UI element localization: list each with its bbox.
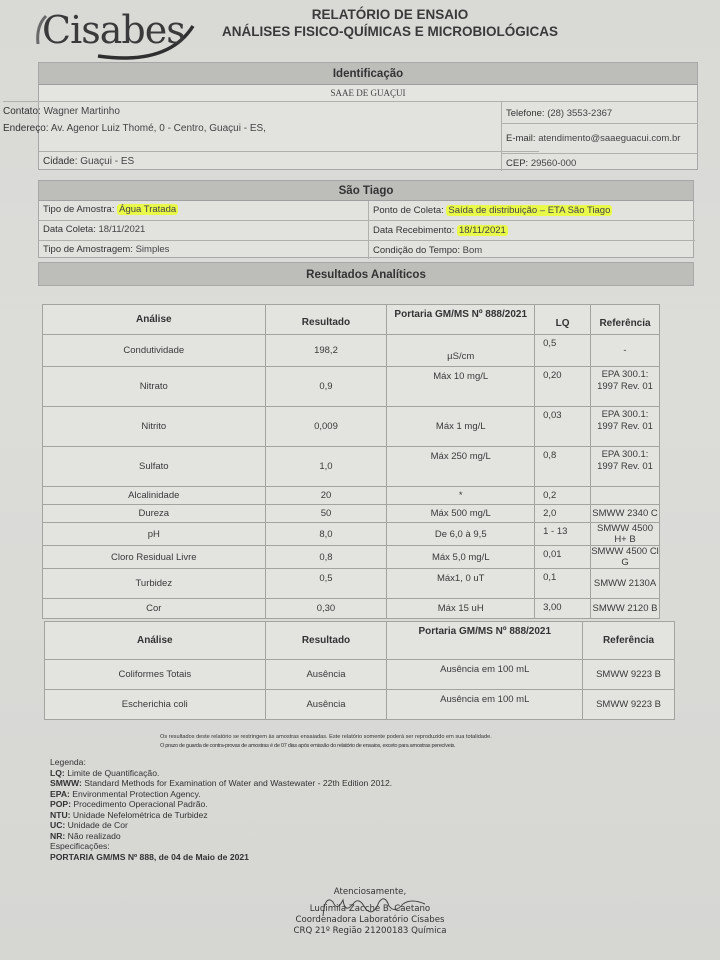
cell-resultado: 198,2: [265, 335, 387, 367]
table-row: Condutividade198,2µS/cm0,5-: [43, 335, 660, 367]
spec-title: Especificações:: [50, 841, 392, 852]
cell-referencia: SMWW 9223 B: [583, 660, 675, 690]
sample-section: São Tiago Tipo de Amostra: Água Tratada …: [38, 180, 694, 258]
legend-item: EPA: Environmental Protection Agency.: [50, 789, 392, 800]
cell-portaria: Ausência em 100 mL: [387, 660, 583, 690]
table-row: Coliformes Totais Ausência Ausência em 1…: [45, 660, 675, 690]
cell-portaria: Máx 15 uH: [387, 599, 535, 619]
document-title: RELATÓRIO DE ENSAIO ANÁLISES FISICO-QUÍM…: [200, 6, 580, 40]
signer-registry: CRQ 21º Região 21200183 Química: [270, 926, 470, 937]
cell-analise: Sulfato: [43, 447, 266, 487]
cell-resultado: 20: [265, 487, 387, 505]
cell-resultado: 0,30: [265, 599, 387, 619]
sample-band: São Tiago: [39, 181, 693, 201]
cell-resultado: 0,5: [265, 569, 387, 599]
telefone-field: Telefone: (28) 3553-2367: [502, 101, 698, 123]
legend-item: NR: Não realizado: [50, 831, 392, 842]
cell-referencia: EPA 300.1: 1997 Rev. 01: [591, 407, 660, 447]
cell-analise: Nitrito: [43, 407, 266, 447]
cell-resultado: Ausência: [265, 660, 387, 690]
cell-resultado: 50: [265, 505, 387, 523]
physicochemical-results-table: Análise Resultado Portaria GM/MS Nº 888/…: [42, 304, 660, 619]
report-page: Cisabes RELATÓRIO DE ENSAIO ANÁLISES FIS…: [0, 0, 720, 960]
cidade-field: Cidade: Guaçui - ES: [43, 156, 134, 167]
micro-col-analise: Análise: [45, 622, 266, 660]
cell-portaria: Máx1, 0 uT: [387, 569, 535, 599]
cell-resultado: 8,0: [265, 523, 387, 546]
identification-band: Identificação: [39, 63, 697, 85]
cell-portaria: De 6,0 à 9,5: [387, 523, 535, 546]
cell-analise: Turbidez: [43, 569, 266, 599]
table-row: Dureza50Máx 500 mg/L2,0SMWW 2340 C: [43, 505, 660, 523]
spec-text: PORTARIA GM/MS Nº 888, de 04 de Maio de …: [50, 852, 392, 863]
table-row: Escherichia coli Ausência Ausência em 10…: [45, 690, 675, 720]
legend-item: SMWW: Standard Methods for Examination o…: [50, 778, 392, 789]
signer-name: Ludimila Zacche B. Caetano: [270, 904, 470, 915]
micro-col-resultado: Resultado: [265, 622, 387, 660]
ponto-coleta-field: Ponto de Coleta: Saída de distribuição –…: [369, 201, 695, 220]
cell-resultado: 0,8: [265, 546, 387, 569]
cell-analise: Dureza: [43, 505, 266, 523]
tipo-amostra-field: Tipo de Amostra: Água Tratada: [39, 201, 369, 220]
cell-referencia: EPA 300.1: 1997 Rev. 01: [591, 447, 660, 487]
results-band: Resultados Analíticos: [38, 262, 694, 286]
signer-role: Coordenadora Laboratório Cisabes: [270, 915, 470, 926]
title-line-2: ANÁLISES FISICO-QUÍMICAS E MICROBIOLÓGIC…: [200, 23, 580, 40]
cell-referencia: [591, 487, 660, 505]
cell-lq: 0,2: [535, 487, 591, 505]
cell-lq: 0,20: [535, 367, 591, 407]
condicao-tempo-field: Condição do Tempo: Bom: [369, 241, 695, 259]
cell-portaria: Máx 500 mg/L: [387, 505, 535, 523]
table-row: Turbidez0,5Máx1, 0 uT0,1SMWW 2130A: [43, 569, 660, 599]
cell-lq: 1 - 13: [535, 523, 591, 546]
cell-referencia: EPA 300.1: 1997 Rev. 01: [591, 367, 660, 407]
cell-lq: 0,01: [535, 546, 591, 569]
cell-lq: 0,5: [535, 335, 591, 367]
col-header-analise: Análise: [43, 305, 266, 335]
col-header-resultado: Resultado: [265, 305, 387, 335]
legend-title: Legenda:: [50, 757, 392, 768]
title-line-1: RELATÓRIO DE ENSAIO: [200, 6, 580, 23]
signature-block: Atenciosamente, Ludimila Zacche B. Caeta…: [270, 887, 470, 937]
tipo-amostragem-field: Tipo de Amostragem: Simples: [39, 241, 369, 259]
cell-referencia: SMWW 2120 B: [591, 599, 660, 619]
legend-item: POP: Procedimento Operacional Padrão.: [50, 799, 392, 810]
microbiological-results-table: Análise Resultado Portaria GM/MS Nº 888/…: [44, 621, 675, 720]
cell-portaria: Máx 5,0 mg/L: [387, 546, 535, 569]
cell-referencia: SMWW 2130A: [591, 569, 660, 599]
cell-analise: Cloro Residual Livre: [43, 546, 266, 569]
endereco-field: Endereço: Av. Agenor Luiz Thomé, 0 - Cen…: [3, 123, 266, 134]
greeting: Atenciosamente,: [270, 887, 470, 898]
cell-portaria: *: [387, 487, 535, 505]
table-row: Cor0,30Máx 15 uH3,00SMWW 2120 B: [43, 599, 660, 619]
cell-lq: 0,8: [535, 447, 591, 487]
cell-portaria: Ausência em 100 mL: [387, 690, 583, 720]
micro-col-referencia: Referência: [583, 622, 675, 660]
cell-resultado: 0,009: [265, 407, 387, 447]
report-notice: Os resultados deste relatório se restrin…: [160, 733, 570, 751]
legend: Legenda: LQ: Limite de Quantificação.SMW…: [50, 757, 392, 862]
cell-portaria: Máx 10 mg/L: [387, 367, 535, 407]
cell-portaria: Máx 250 mg/L: [387, 447, 535, 487]
table-row: Nitrito0,009Máx 1 mg/L0,03EPA 300.1: 199…: [43, 407, 660, 447]
cell-analise: Escherichia coli: [45, 690, 266, 720]
legend-item: NTU: Unidade Nefelométrica de Turbidez: [50, 810, 392, 821]
cell-referencia: SMWW 4500 Cl G: [591, 546, 660, 569]
table-row: pH8,0De 6,0 à 9,51 - 13SMWW 4500 H+ B: [43, 523, 660, 546]
cell-portaria: Máx 1 mg/L: [387, 407, 535, 447]
identification-section: Identificação SAAE DE GUAÇUI Contato: Wa…: [38, 62, 698, 170]
cell-portaria: µS/cm: [387, 335, 535, 367]
logo-text: Cisabes: [42, 8, 185, 52]
cell-lq: 3,00: [535, 599, 591, 619]
table-row: Sulfato1,0Máx 250 mg/L0,8EPA 300.1: 1997…: [43, 447, 660, 487]
data-coleta-field: Data Coleta: 18/11/2021: [39, 221, 369, 240]
cell-referencia: SMWW 9223 B: [583, 690, 675, 720]
col-header-portaria: Portaria GM/MS Nº 888/2021: [387, 305, 535, 335]
cell-analise: Cor: [43, 599, 266, 619]
contato-field: Contato: Wagner Martinho: [3, 106, 120, 117]
cisabes-logo: Cisabes: [28, 4, 198, 60]
cell-lq: 0,1: [535, 569, 591, 599]
cell-referencia: SMWW 4500 H+ B: [591, 523, 660, 546]
email-field: E-mail: atendimento@saaeguacui.com.br: [502, 123, 698, 153]
legend-item: LQ: Limite de Quantificação.: [50, 768, 392, 779]
cell-resultado: 0,9: [265, 367, 387, 407]
cell-lq: 0,03: [535, 407, 591, 447]
cep-field: CEP: 29560-000: [502, 153, 698, 171]
cell-analise: Nitrato: [43, 367, 266, 407]
micro-col-portaria: Portaria GM/MS Nº 888/2021: [387, 622, 583, 660]
table-row: Cloro Residual Livre0,8Máx 5,0 mg/L0,01S…: [43, 546, 660, 569]
data-recebimento-field: Data Recebimento: 18/11/2021: [369, 221, 695, 240]
cell-referencia: SMWW 2340 C: [591, 505, 660, 523]
cell-resultado: Ausência: [265, 690, 387, 720]
cell-resultado: 1,0: [265, 447, 387, 487]
table-row: Nitrato0,9Máx 10 mg/L0,20EPA 300.1: 1997…: [43, 367, 660, 407]
cell-analise: pH: [43, 523, 266, 546]
cell-analise: Alcalinidade: [43, 487, 266, 505]
cell-analise: Condutividade: [43, 335, 266, 367]
cell-referencia: -: [591, 335, 660, 367]
table-row: Alcalinidade20*0,2: [43, 487, 660, 505]
cell-analise: Coliformes Totais: [45, 660, 266, 690]
cell-lq: 2,0: [535, 505, 591, 523]
col-header-lq: LQ: [535, 305, 591, 335]
col-header-referencia: Referência: [591, 305, 660, 335]
legend-item: UC: Unidade de Cor: [50, 820, 392, 831]
client-name: SAAE DE GUAÇUI: [39, 85, 697, 101]
